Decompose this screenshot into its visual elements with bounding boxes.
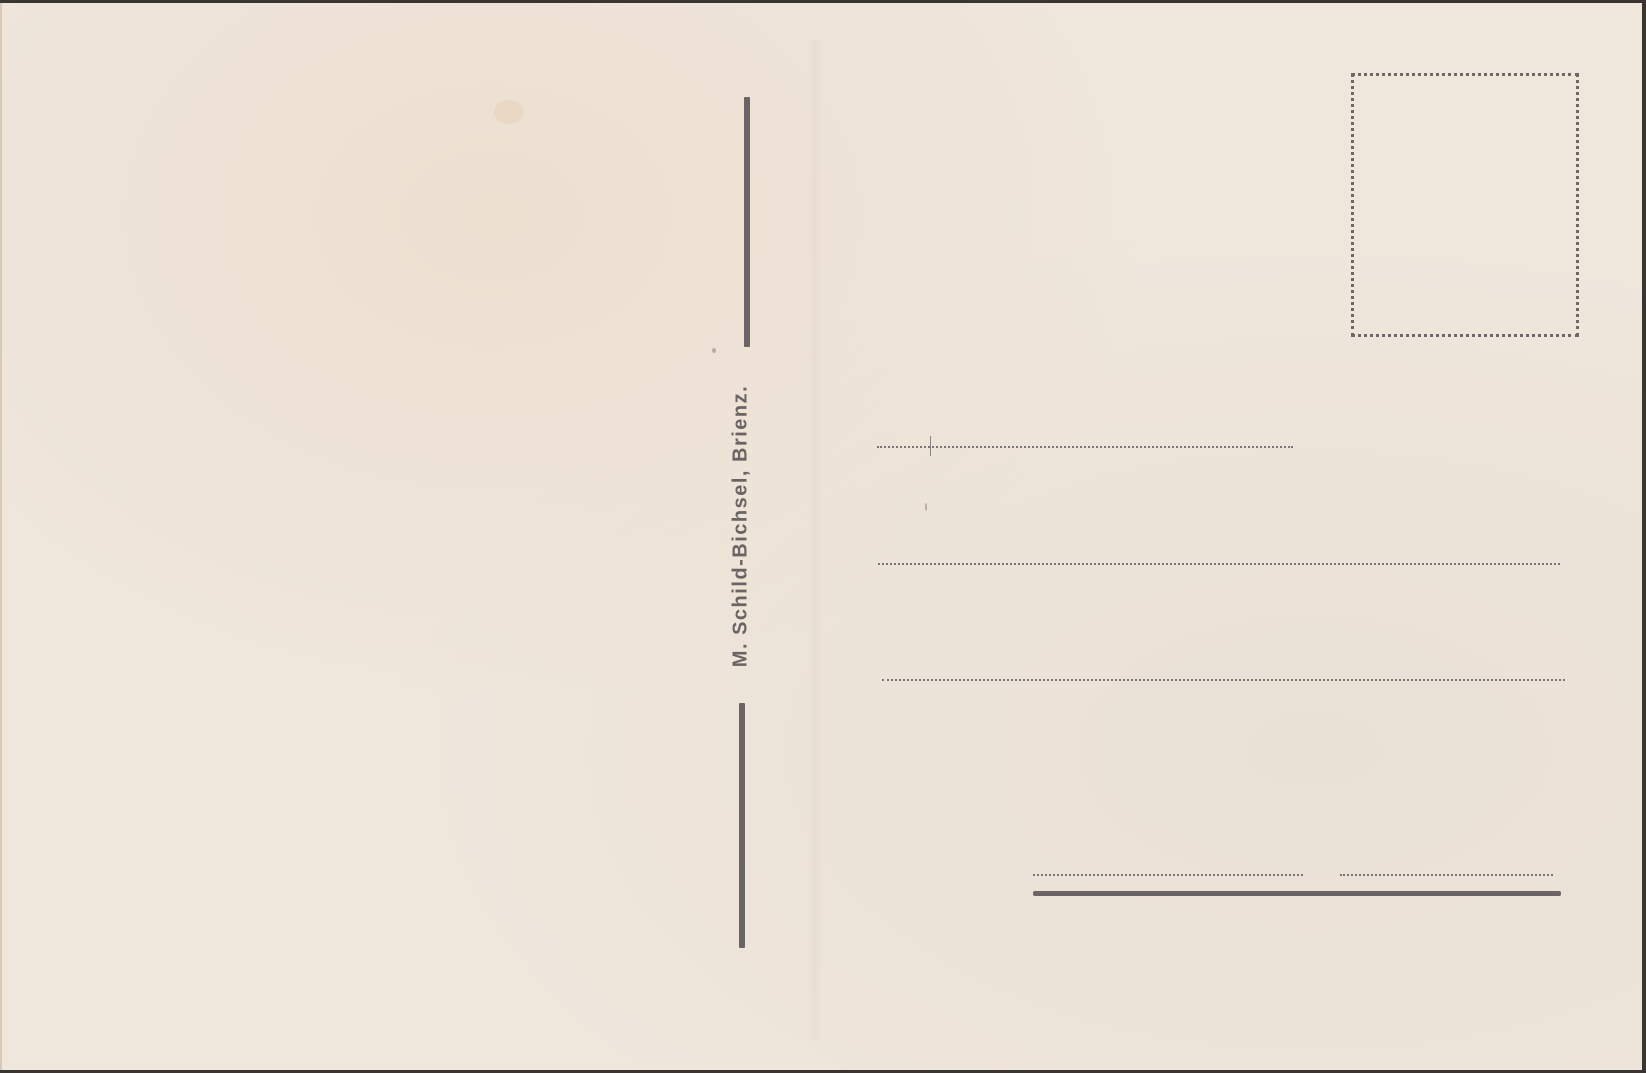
paper-speck	[925, 503, 927, 511]
stamp-placeholder-box	[1351, 73, 1579, 337]
paper-speck	[712, 348, 716, 353]
publisher-imprint: M. Schild-Bichsel, Brienz.	[730, 385, 753, 667]
divider-line-bottom	[739, 703, 745, 948]
paper-fold-shading	[808, 40, 822, 1040]
address-line-1	[877, 446, 1293, 448]
address-underline-bar	[1033, 891, 1561, 896]
divider-line-top	[744, 97, 750, 347]
address-line-2	[878, 563, 1560, 565]
address-line-3	[882, 679, 1565, 681]
pencil-mark	[930, 436, 931, 456]
card-edge	[0, 3, 2, 1070]
address-line-4-right	[1340, 874, 1553, 876]
address-line-4-left	[1033, 874, 1303, 876]
paper-stain	[494, 100, 524, 124]
